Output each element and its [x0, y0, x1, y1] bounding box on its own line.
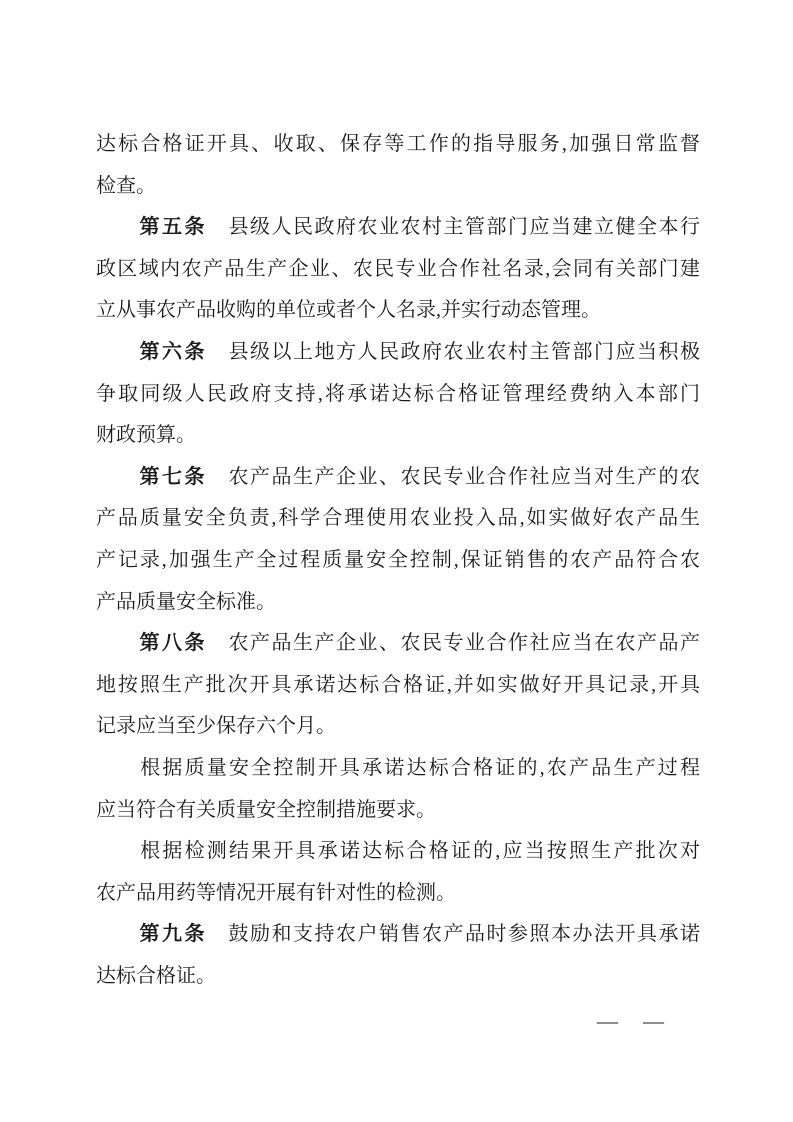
- paragraph-6: 根据质量安全控制开具承诺达标合格证的,农产品生产过程应当符合有关质量安全控制措施…: [96, 748, 700, 831]
- text-line: 第七条 农产品生产企业、农民专业合作社应当对生产的农: [96, 457, 700, 499]
- text-line: 产记录,加强生产全过程质量安全控制,保证销售的农产品符合农: [96, 540, 700, 582]
- line-text: 根据检测结果开具承诺达标合格证的,应当按照生产批次对: [138, 840, 700, 862]
- article-number: 第九条: [138, 923, 207, 945]
- text-line: 根据检测结果开具承诺达标合格证的,应当按照生产批次对: [96, 831, 700, 873]
- page-number-dash-left: —: [597, 1000, 618, 1042]
- article-number: 第八条: [138, 632, 207, 654]
- article-number: 第五条: [138, 216, 207, 238]
- first-line-indent: [96, 939, 138, 940]
- line-text: 农产品用药等情况开展有针对性的检测。: [96, 882, 456, 904]
- first-line-indent: [96, 232, 138, 233]
- text-line: 检查。: [96, 166, 700, 208]
- paragraph-2: 第五条 县级人民政府农业农村主管部门应当建立健全本行政区域内农产品生产企业、农民…: [96, 207, 700, 332]
- line-text: 鼓励和支持农户销售农产品时参照本办法开具承诺: [207, 923, 700, 945]
- line-text: 产记录,加强生产全过程质量安全控制,保证销售的农产品符合农: [96, 549, 700, 571]
- paragraph-3: 第六条 县级以上地方人民政府农业农村主管部门应当积极争取同级人民政府支持,将承诺…: [96, 332, 700, 457]
- page-number: — —: [597, 1000, 664, 1042]
- paragraph-4: 第七条 农产品生产企业、农民专业合作社应当对生产的农产品质量安全负责,科学合理使…: [96, 457, 700, 623]
- line-text: 县级以上地方人民政府农业农村主管部门应当积极: [207, 341, 700, 363]
- text-line: 第六条 县级以上地方人民政府农业农村主管部门应当积极: [96, 332, 700, 374]
- line-text: 农产品生产企业、农民专业合作社应当对生产的农: [207, 466, 700, 488]
- text-line: 立从事农产品收购的单位或者个人名录,并实行动态管理。: [96, 290, 700, 332]
- line-text: 达标合格证。: [96, 965, 216, 987]
- line-text: 产品质量安全标准。: [96, 591, 276, 613]
- text-line: 达标合格证。: [96, 956, 700, 998]
- line-text: 争取同级人民政府支持,将承诺达标合格证管理经费纳入本部门: [96, 383, 700, 405]
- line-text: 政区域内农产品生产企业、农民专业合作社名录,会同有关部门建: [96, 258, 700, 280]
- article-number: 第六条: [138, 341, 207, 363]
- text-line: 财政预算。: [96, 415, 700, 457]
- text-line: 达标合格证开具、收取、保存等工作的指导服务,加强日常监督: [96, 124, 700, 166]
- line-text: 立从事农产品收购的单位或者个人名录,并实行动态管理。: [96, 299, 601, 321]
- text-line: 根据质量安全控制开具承诺达标合格证的,农产品生产过程: [96, 748, 700, 790]
- line-text: 记录应当至少保存六个月。: [96, 715, 336, 737]
- line-text: 财政预算。: [96, 424, 196, 446]
- article-number: 第七条: [138, 466, 207, 488]
- first-line-indent: [96, 357, 138, 358]
- line-text: 根据质量安全控制开具承诺达标合格证的,农产品生产过程: [138, 757, 700, 779]
- text-line: 记录应当至少保存六个月。: [96, 706, 700, 748]
- text-line: 第九条 鼓励和支持农户销售农产品时参照本办法开具承诺: [96, 914, 700, 956]
- document-body: 达标合格证开具、收取、保存等工作的指导服务,加强日常监督检查。第五条 县级人民政…: [96, 124, 700, 997]
- line-text: 达标合格证开具、收取、保存等工作的指导服务,加强日常监督: [96, 133, 700, 155]
- line-text: 地按照生产批次开具承诺达标合格证,并如实做好开具记录,开具: [96, 674, 700, 696]
- paragraph-1: 达标合格证开具、收取、保存等工作的指导服务,加强日常监督检查。: [96, 124, 700, 207]
- text-line: 农产品用药等情况开展有针对性的检测。: [96, 873, 700, 915]
- line-text: 应当符合有关质量安全控制措施要求。: [96, 799, 436, 821]
- first-line-indent: [96, 856, 138, 857]
- first-line-indent: [96, 773, 138, 774]
- paragraph-8: 第九条 鼓励和支持农户销售农产品时参照本办法开具承诺达标合格证。: [96, 914, 700, 997]
- line-text: 农产品生产企业、农民专业合作社应当在农产品产: [207, 632, 700, 654]
- line-text: 产品质量安全负责,科学合理使用农业投入品,如实做好农产品生: [96, 507, 700, 529]
- document-page: 达标合格证开具、收取、保存等工作的指导服务,加强日常监督检查。第五条 县级人民政…: [0, 0, 793, 1122]
- first-line-indent: [96, 648, 138, 649]
- text-line: 争取同级人民政府支持,将承诺达标合格证管理经费纳入本部门: [96, 374, 700, 416]
- text-line: 产品质量安全标准。: [96, 582, 700, 624]
- text-line: 产品质量安全负责,科学合理使用农业投入品,如实做好农产品生: [96, 498, 700, 540]
- text-line: 第五条 县级人民政府农业农村主管部门应当建立健全本行: [96, 207, 700, 249]
- text-line: 应当符合有关质量安全控制措施要求。: [96, 790, 700, 832]
- paragraph-5: 第八条 农产品生产企业、农民专业合作社应当在农产品产地按照生产批次开具承诺达标合…: [96, 623, 700, 748]
- page-number-dash-right: —: [643, 1000, 664, 1042]
- line-text: 检查。: [96, 175, 156, 197]
- paragraph-7: 根据检测结果开具承诺达标合格证的,应当按照生产批次对农产品用药等情况开展有针对性…: [96, 831, 700, 914]
- text-line: 第八条 农产品生产企业、农民专业合作社应当在农产品产: [96, 623, 700, 665]
- text-line: 政区域内农产品生产企业、农民专业合作社名录,会同有关部门建: [96, 249, 700, 291]
- first-line-indent: [96, 482, 138, 483]
- text-line: 地按照生产批次开具承诺达标合格证,并如实做好开具记录,开具: [96, 665, 700, 707]
- line-text: 县级人民政府农业农村主管部门应当建立健全本行: [207, 216, 700, 238]
